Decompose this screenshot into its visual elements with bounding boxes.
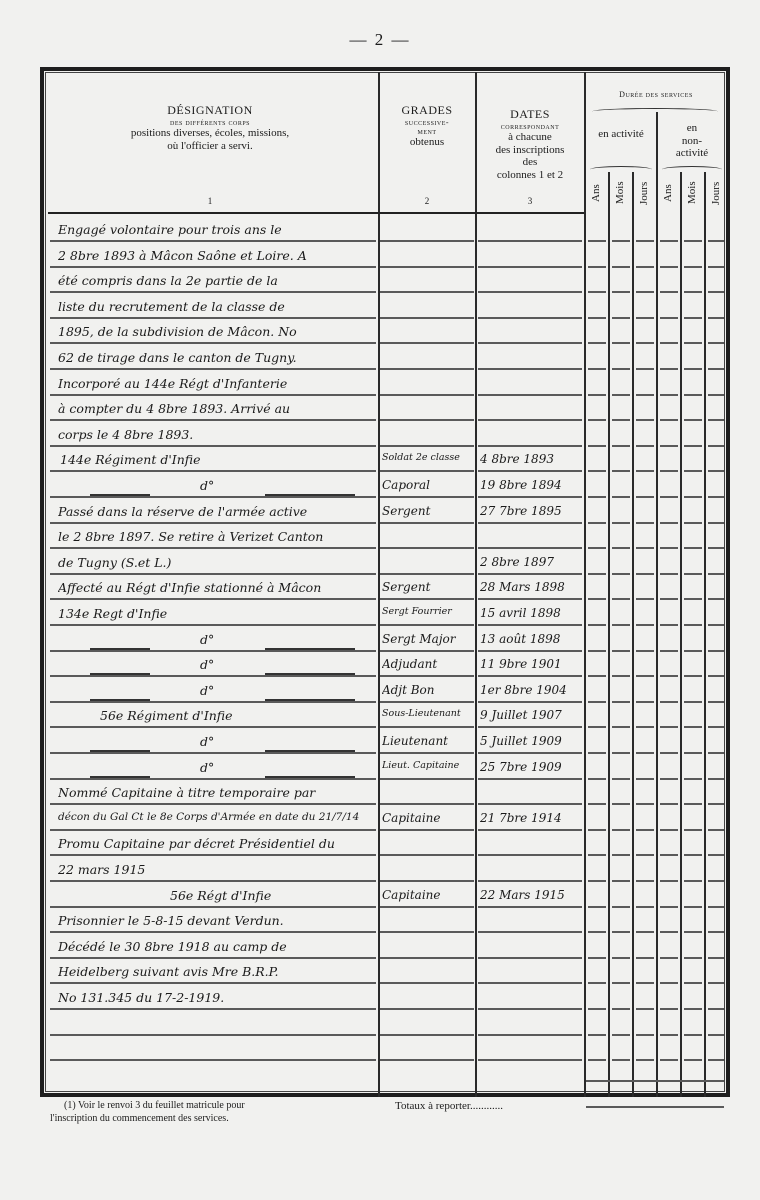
ruled-line bbox=[636, 931, 654, 933]
ditto-dash bbox=[90, 750, 150, 752]
ruled-line bbox=[612, 240, 630, 242]
ruled-line bbox=[660, 726, 678, 728]
col-number-2: 2 bbox=[417, 196, 437, 206]
ruled-line bbox=[660, 778, 678, 780]
ruled-line bbox=[684, 752, 702, 754]
ruled-line bbox=[50, 394, 376, 396]
date-entry: 13 août 1898 bbox=[480, 632, 584, 646]
designation-line: 144e Régiment d'Infie bbox=[60, 452, 378, 467]
ruled-line bbox=[660, 522, 678, 524]
ruled-line bbox=[636, 240, 654, 242]
ruled-line bbox=[684, 266, 702, 268]
ruled-line bbox=[636, 266, 654, 268]
ruled-line bbox=[478, 931, 582, 933]
date-entry: 22 Mars 1915 bbox=[480, 888, 584, 902]
ruled-line bbox=[612, 650, 630, 652]
ruled-line bbox=[478, 880, 582, 882]
grade-entry: Lieutenant bbox=[382, 734, 474, 748]
ruled-line bbox=[612, 1059, 630, 1061]
ruled-line bbox=[478, 1059, 582, 1061]
ruled-line bbox=[684, 394, 702, 396]
ruled-line bbox=[612, 573, 630, 575]
ruled-line bbox=[660, 829, 678, 831]
ruled-line bbox=[708, 829, 724, 831]
ruled-line bbox=[50, 445, 376, 447]
ruled-line bbox=[660, 445, 678, 447]
ruled-line bbox=[612, 906, 630, 908]
ruled-line bbox=[478, 496, 582, 498]
ruled-line bbox=[478, 701, 582, 703]
ruled-line bbox=[612, 522, 630, 524]
ruled-line bbox=[660, 342, 678, 344]
ruled-line bbox=[588, 368, 606, 370]
designation-line: 134e Regt d'Infie bbox=[58, 606, 376, 621]
ruled-line bbox=[660, 982, 678, 984]
unit-jours-2: Jours bbox=[710, 176, 722, 210]
ruled-line bbox=[588, 266, 606, 268]
ruled-line bbox=[380, 957, 474, 959]
ditto-dash bbox=[90, 673, 150, 675]
ruled-line bbox=[50, 317, 376, 319]
ruled-line bbox=[588, 650, 606, 652]
col-divider-3 bbox=[584, 72, 586, 1097]
grade-entry: Sergent bbox=[382, 580, 474, 594]
ruled-line bbox=[636, 906, 654, 908]
ruled-line bbox=[588, 624, 606, 626]
ruled-line bbox=[478, 445, 582, 447]
ruled-line bbox=[636, 650, 654, 652]
ruled-line bbox=[708, 906, 724, 908]
ruled-line bbox=[588, 752, 606, 754]
ruled-line bbox=[708, 496, 724, 498]
col-divider-duration bbox=[656, 112, 658, 1097]
ruled-line bbox=[636, 496, 654, 498]
designation-line: Engagé volontaire pour trois ans le bbox=[58, 222, 376, 237]
ruled-line bbox=[588, 854, 606, 856]
ruled-line bbox=[588, 778, 606, 780]
ruled-line bbox=[380, 266, 474, 268]
designation-line: Nommé Capitaine à titre temporaire par bbox=[58, 785, 376, 800]
ruled-line bbox=[684, 368, 702, 370]
ruled-line bbox=[50, 368, 376, 370]
designation-line: Prisonnier le 5-8-15 devant Verdun. bbox=[58, 913, 376, 928]
col-divider-1 bbox=[378, 72, 380, 1097]
ruled-line bbox=[708, 266, 724, 268]
designation-line: 2 8bre 1893 à Mâcon Saône et Loire. A bbox=[58, 248, 376, 263]
ruled-line bbox=[660, 598, 678, 600]
ruled-line bbox=[612, 419, 630, 421]
ruled-line bbox=[478, 829, 582, 831]
ruled-line bbox=[708, 470, 724, 472]
ruled-line bbox=[708, 701, 724, 703]
grade-entry: Sergt Major bbox=[382, 632, 474, 646]
ruled-line bbox=[588, 1059, 606, 1061]
ruled-line bbox=[660, 701, 678, 703]
ruled-line bbox=[684, 522, 702, 524]
ruled-line bbox=[660, 803, 678, 805]
ruled-line bbox=[380, 854, 474, 856]
unit-mois-2: Mois bbox=[686, 176, 698, 210]
ruled-line bbox=[50, 675, 376, 677]
ruled-line bbox=[588, 675, 606, 677]
ruled-line bbox=[612, 598, 630, 600]
ruled-line bbox=[478, 266, 582, 268]
ruled-line bbox=[50, 931, 376, 933]
ruled-line bbox=[380, 829, 474, 831]
designation-line: 62 de tirage dans le canton de Tugny. bbox=[58, 350, 376, 365]
ruled-line bbox=[478, 368, 582, 370]
ruled-line bbox=[380, 650, 474, 652]
ruled-line bbox=[380, 982, 474, 984]
ruled-line bbox=[708, 982, 724, 984]
ruled-line bbox=[684, 829, 702, 831]
designation-line: 56e Régiment d'Infie bbox=[100, 708, 418, 723]
ruled-line bbox=[612, 803, 630, 805]
ruled-line bbox=[478, 726, 582, 728]
header-duration: Durée des services bbox=[586, 90, 726, 99]
ruled-line bbox=[478, 1034, 582, 1036]
header-designation: DÉSIGNATION des différents corps positio… bbox=[90, 104, 330, 152]
ruled-line bbox=[612, 470, 630, 472]
ruled-line bbox=[684, 573, 702, 575]
designation-line: corps le 4 8bre 1893. bbox=[58, 427, 376, 442]
ruled-line bbox=[588, 931, 606, 933]
ruled-line bbox=[588, 906, 606, 908]
ruled-line bbox=[50, 752, 376, 754]
ruled-line bbox=[636, 1034, 654, 1036]
grade-entry: Sergt Fourrier bbox=[382, 606, 474, 617]
ruled-line bbox=[684, 1034, 702, 1036]
ruled-line bbox=[612, 291, 630, 293]
ruled-line bbox=[708, 726, 724, 728]
ruled-line bbox=[612, 317, 630, 319]
ruled-line bbox=[612, 829, 630, 831]
ruled-line bbox=[588, 829, 606, 831]
ruled-line bbox=[684, 931, 702, 933]
ruled-line bbox=[612, 496, 630, 498]
ruled-line bbox=[380, 803, 474, 805]
ruled-line bbox=[636, 470, 654, 472]
ruled-line bbox=[636, 368, 654, 370]
totals-rule-2 bbox=[586, 1106, 724, 1108]
designation-line: 1895, de la subdivision de Mâcon. No bbox=[58, 324, 376, 339]
ruled-line bbox=[588, 982, 606, 984]
ruled-line bbox=[684, 957, 702, 959]
brace-active bbox=[590, 166, 652, 173]
ruled-line bbox=[612, 1008, 630, 1010]
ruled-line bbox=[660, 624, 678, 626]
date-entry: 25 7bre 1909 bbox=[480, 760, 584, 774]
ruled-line bbox=[684, 675, 702, 677]
ruled-line bbox=[380, 240, 474, 242]
ruled-line bbox=[588, 317, 606, 319]
ruled-line bbox=[636, 829, 654, 831]
grade-entry: Sergent bbox=[382, 504, 474, 518]
grade-entry: Sous-Lieutenant bbox=[382, 708, 474, 719]
ruled-line bbox=[478, 342, 582, 344]
ruled-line bbox=[684, 496, 702, 498]
ruled-line bbox=[636, 419, 654, 421]
date-entry: 9 Juillet 1907 bbox=[480, 708, 584, 722]
designation-line: à compter du 4 8bre 1893. Arrivé au bbox=[58, 401, 376, 416]
ruled-line bbox=[660, 1034, 678, 1036]
ruled-line bbox=[588, 342, 606, 344]
ruled-line bbox=[636, 445, 654, 447]
ruled-line bbox=[478, 317, 582, 319]
ruled-line bbox=[612, 624, 630, 626]
ruled-line bbox=[660, 291, 678, 293]
ruled-line bbox=[478, 624, 582, 626]
ruled-line bbox=[684, 1008, 702, 1010]
ruled-line bbox=[50, 650, 376, 652]
ruled-line bbox=[636, 291, 654, 293]
ruled-line bbox=[478, 1008, 582, 1010]
ruled-line bbox=[684, 598, 702, 600]
ruled-line bbox=[380, 701, 474, 703]
date-entry: 19 8bre 1894 bbox=[480, 478, 584, 492]
date-entry: 21 7bre 1914 bbox=[480, 811, 584, 825]
ruled-line bbox=[684, 547, 702, 549]
ruled-line bbox=[588, 394, 606, 396]
ruled-line bbox=[380, 470, 474, 472]
ruled-line bbox=[50, 496, 376, 498]
designation-line: No 131.345 du 17-2-1919. bbox=[58, 990, 376, 1005]
ruled-line bbox=[636, 624, 654, 626]
ruled-line bbox=[380, 1059, 474, 1061]
ruled-line bbox=[612, 880, 630, 882]
ruled-line bbox=[684, 650, 702, 652]
ruled-line bbox=[660, 547, 678, 549]
ruled-line bbox=[684, 240, 702, 242]
ruled-line bbox=[708, 522, 724, 524]
ruled-line bbox=[50, 1059, 376, 1061]
ruled-line bbox=[660, 573, 678, 575]
ruled-line bbox=[380, 394, 474, 396]
ruled-line bbox=[708, 317, 724, 319]
col-number-1: 1 bbox=[200, 196, 220, 206]
ruled-line bbox=[684, 880, 702, 882]
ruled-line bbox=[660, 854, 678, 856]
ruled-line bbox=[660, 1059, 678, 1061]
ditto-dash bbox=[265, 750, 355, 752]
ruled-line bbox=[50, 957, 376, 959]
ditto-dash bbox=[90, 776, 150, 778]
ruled-line bbox=[380, 598, 474, 600]
ruled-line bbox=[636, 803, 654, 805]
ruled-line bbox=[50, 573, 376, 575]
ruled-line bbox=[478, 854, 582, 856]
designation-line: Incorporé au 144e Régt d'Infanterie bbox=[58, 376, 376, 391]
ruled-line bbox=[478, 419, 582, 421]
designation-line: de Tugny (S.et L.) bbox=[58, 555, 376, 570]
ruled-line bbox=[708, 1008, 724, 1010]
ruled-line bbox=[684, 803, 702, 805]
unit-mois-1: Mois bbox=[614, 176, 626, 210]
ruled-line bbox=[612, 726, 630, 728]
ruled-line bbox=[588, 803, 606, 805]
ruled-line bbox=[708, 368, 724, 370]
ditto-dash bbox=[265, 699, 355, 701]
ruled-line bbox=[588, 1008, 606, 1010]
ruled-line bbox=[588, 419, 606, 421]
designation-line: 22 mars 1915 bbox=[58, 862, 376, 877]
ruled-line bbox=[708, 931, 724, 933]
designation-line: décon du Gal Ct le 8e Corps d'Armée en d… bbox=[58, 811, 376, 823]
ruled-line bbox=[612, 342, 630, 344]
ruled-line bbox=[380, 547, 474, 549]
ruled-line bbox=[588, 957, 606, 959]
date-entry: 2 8bre 1897 bbox=[480, 555, 584, 569]
ditto-dash bbox=[90, 648, 150, 650]
ruled-line bbox=[380, 445, 474, 447]
ruled-line bbox=[50, 598, 376, 600]
ruled-line bbox=[50, 701, 376, 703]
ruled-line bbox=[636, 880, 654, 882]
ruled-line bbox=[588, 726, 606, 728]
ruled-line bbox=[708, 1034, 724, 1036]
header-inactive: en non- activité bbox=[658, 122, 726, 160]
ruled-line bbox=[708, 445, 724, 447]
ruled-line bbox=[50, 778, 376, 780]
ruled-line bbox=[708, 624, 724, 626]
ruled-line bbox=[612, 394, 630, 396]
ruled-line bbox=[708, 880, 724, 882]
ruled-line bbox=[708, 419, 724, 421]
ruled-line bbox=[660, 931, 678, 933]
header-rule bbox=[48, 212, 584, 214]
page-number: — 2 — bbox=[0, 30, 760, 50]
totals-label: Totaux à reporter............ bbox=[395, 1100, 503, 1114]
ditto-dash bbox=[265, 494, 355, 496]
ruled-line bbox=[660, 266, 678, 268]
ruled-line bbox=[636, 1059, 654, 1061]
ruled-line bbox=[708, 547, 724, 549]
col-divider-mois-jours-2 bbox=[704, 172, 706, 1097]
ruled-line bbox=[50, 880, 376, 882]
ruled-line bbox=[684, 906, 702, 908]
ruled-line bbox=[708, 291, 724, 293]
ruled-line bbox=[660, 957, 678, 959]
ruled-line bbox=[684, 419, 702, 421]
ruled-line bbox=[588, 240, 606, 242]
ruled-line bbox=[708, 957, 724, 959]
designation-line: été compris dans la 2e partie de la bbox=[58, 273, 376, 288]
ruled-line bbox=[636, 778, 654, 780]
brace-duration bbox=[592, 108, 718, 115]
ruled-line bbox=[50, 240, 376, 242]
ruled-line bbox=[380, 726, 474, 728]
ruled-line bbox=[612, 445, 630, 447]
ruled-line bbox=[708, 752, 724, 754]
ruled-line bbox=[588, 1034, 606, 1036]
ruled-line bbox=[478, 957, 582, 959]
date-entry: 27 7bre 1895 bbox=[480, 504, 584, 518]
date-entry: 11 9bre 1901 bbox=[480, 657, 584, 671]
ruled-line bbox=[478, 982, 582, 984]
ditto-dash bbox=[265, 673, 355, 675]
ruled-line bbox=[380, 291, 474, 293]
col-number-3: 3 bbox=[520, 196, 540, 206]
ruled-line bbox=[380, 752, 474, 754]
grade-entry: Capitaine bbox=[382, 888, 474, 902]
ruled-line bbox=[684, 342, 702, 344]
ruled-line bbox=[588, 445, 606, 447]
ruled-line bbox=[684, 317, 702, 319]
ruled-line bbox=[478, 394, 582, 396]
ruled-line bbox=[478, 598, 582, 600]
ruled-line bbox=[50, 342, 376, 344]
date-entry: 4 8bre 1893 bbox=[480, 452, 584, 466]
ruled-line bbox=[636, 957, 654, 959]
ruled-line bbox=[684, 1059, 702, 1061]
ruled-line bbox=[50, 726, 376, 728]
ruled-line bbox=[636, 394, 654, 396]
designation-line: Décédé le 30 8bre 1918 au camp de bbox=[58, 939, 376, 954]
ruled-line bbox=[478, 675, 582, 677]
unit-jours-1: Jours bbox=[638, 176, 650, 210]
date-entry: 5 Juillet 1909 bbox=[480, 734, 584, 748]
ruled-line bbox=[708, 1059, 724, 1061]
date-entry: 1er 8bre 1904 bbox=[480, 683, 584, 697]
ruled-line bbox=[684, 701, 702, 703]
grade-entry: Adjudant bbox=[382, 657, 474, 671]
ruled-line bbox=[50, 854, 376, 856]
designation-line: Promu Capitaine par décret Présidentiel … bbox=[58, 836, 376, 851]
ruled-line bbox=[684, 726, 702, 728]
ruled-line bbox=[380, 906, 474, 908]
ruled-line bbox=[708, 675, 724, 677]
ruled-line bbox=[612, 266, 630, 268]
ditto-dash bbox=[265, 648, 355, 650]
ruled-line bbox=[380, 931, 474, 933]
ruled-line bbox=[660, 470, 678, 472]
ruled-line bbox=[636, 522, 654, 524]
totals-rule-1 bbox=[586, 1080, 724, 1082]
ruled-line bbox=[50, 803, 376, 805]
ruled-line bbox=[660, 496, 678, 498]
designation-line: le 2 8bre 1897. Se retire à Verizet Cant… bbox=[58, 529, 376, 544]
ruled-line bbox=[478, 470, 582, 472]
ruled-line bbox=[50, 906, 376, 908]
ruled-line bbox=[588, 547, 606, 549]
ruled-line bbox=[380, 342, 474, 344]
unit-ans-2: Ans bbox=[662, 176, 674, 210]
ruled-line bbox=[708, 854, 724, 856]
ruled-line bbox=[612, 957, 630, 959]
ditto-dash bbox=[265, 776, 355, 778]
ruled-line bbox=[636, 317, 654, 319]
ruled-line bbox=[478, 573, 582, 575]
ruled-line bbox=[660, 394, 678, 396]
ruled-line bbox=[380, 573, 474, 575]
ruled-line bbox=[660, 368, 678, 370]
col-divider-ans-mois-2 bbox=[680, 172, 682, 1097]
ruled-line bbox=[708, 598, 724, 600]
ruled-line bbox=[612, 931, 630, 933]
ruled-line bbox=[636, 752, 654, 754]
ruled-line bbox=[588, 522, 606, 524]
ruled-line bbox=[660, 419, 678, 421]
ruled-line bbox=[636, 573, 654, 575]
ruled-line bbox=[50, 1034, 376, 1036]
ruled-line bbox=[684, 291, 702, 293]
ruled-line bbox=[684, 445, 702, 447]
ruled-line bbox=[636, 982, 654, 984]
ruled-line bbox=[612, 675, 630, 677]
ruled-line bbox=[380, 496, 474, 498]
ruled-line bbox=[380, 675, 474, 677]
date-entry: 28 Mars 1898 bbox=[480, 580, 584, 594]
